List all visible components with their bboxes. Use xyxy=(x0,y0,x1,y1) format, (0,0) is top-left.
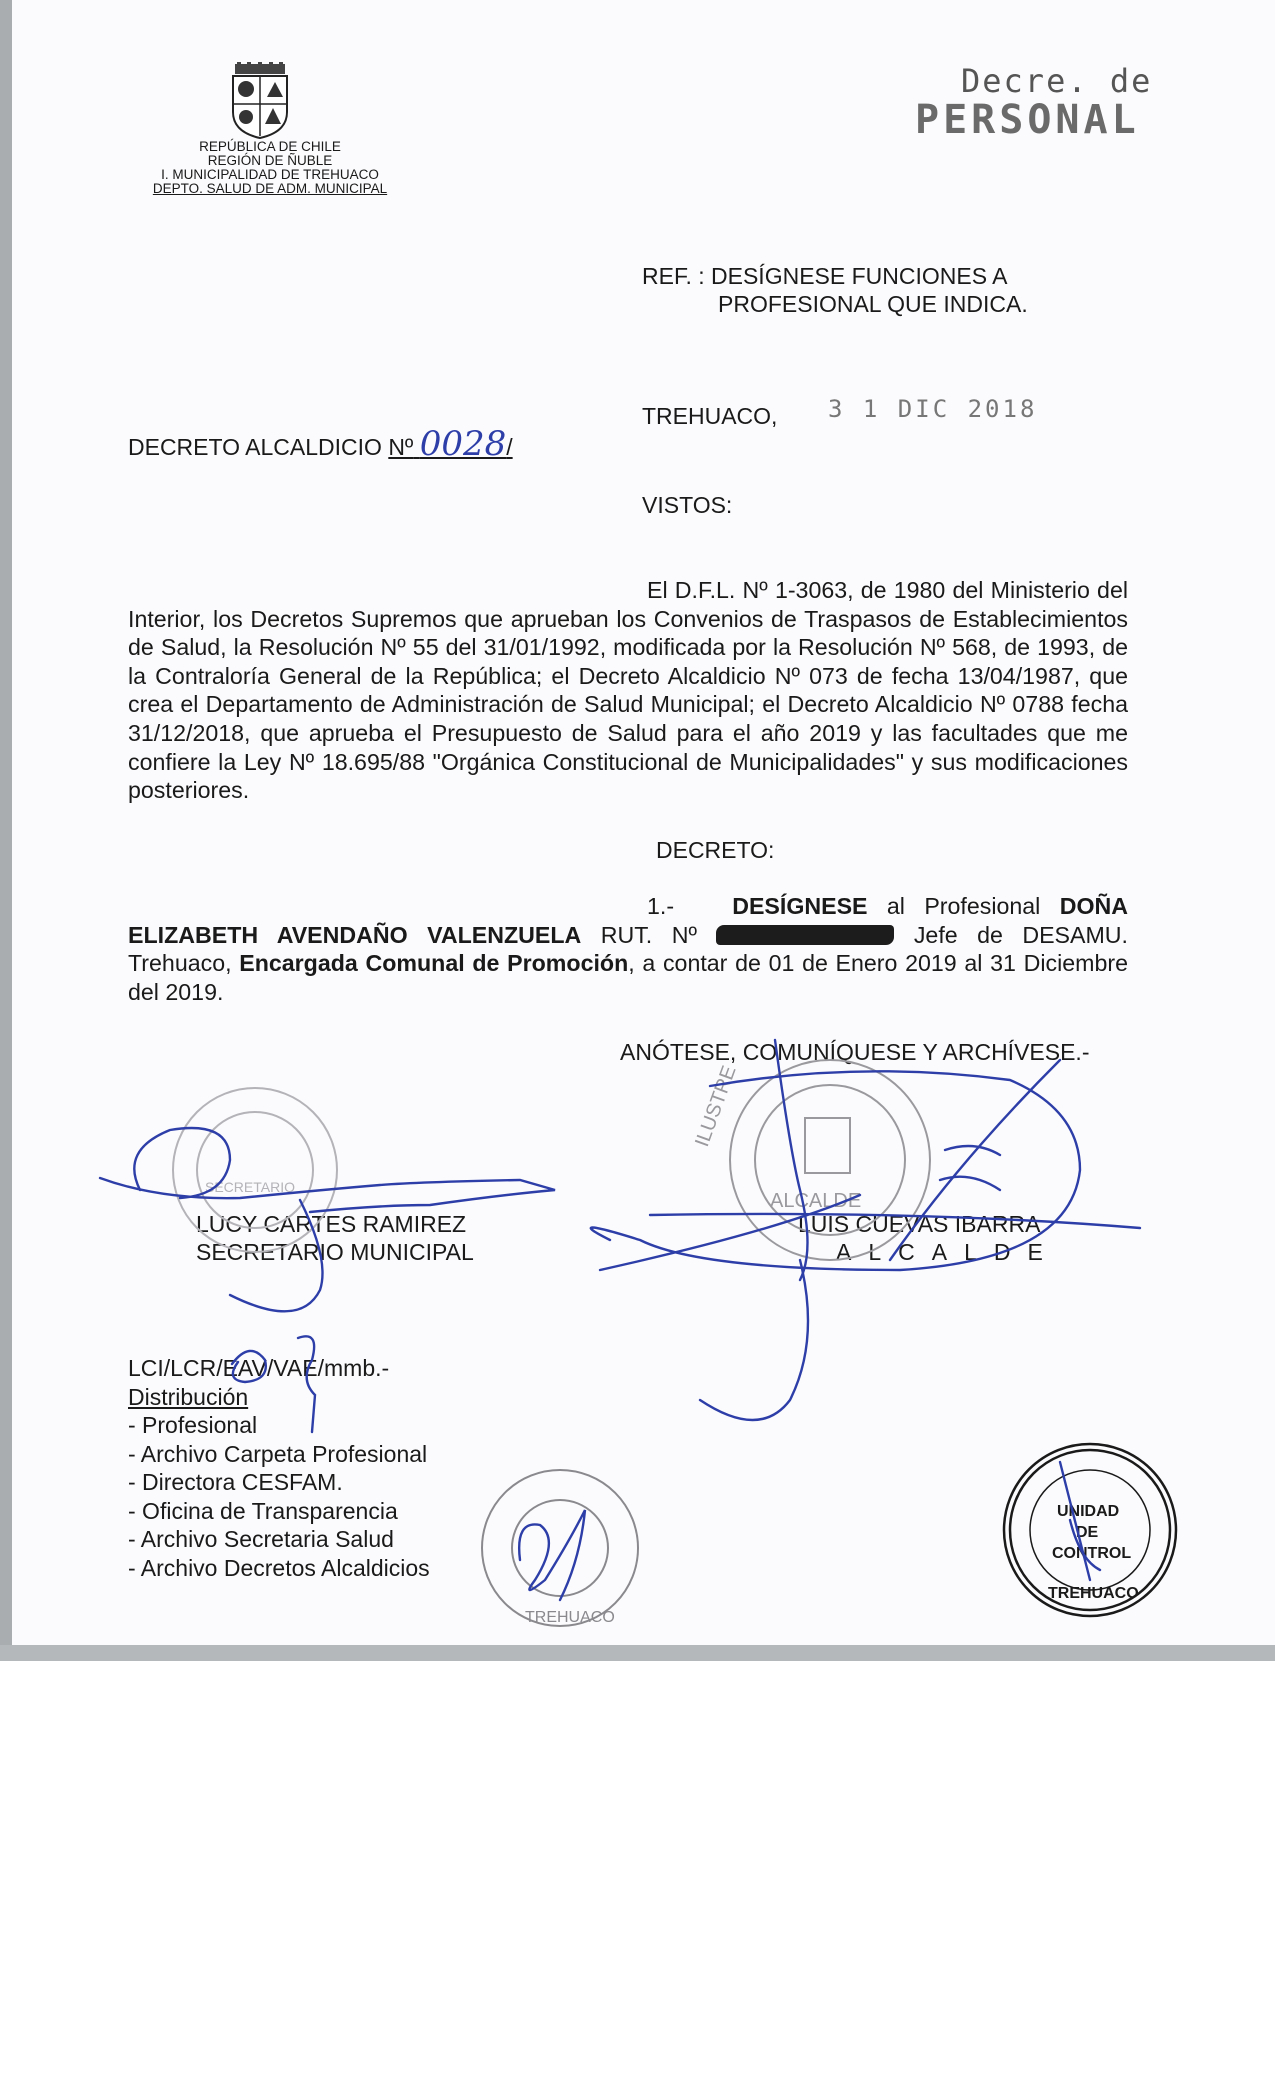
distribution-item: - Archivo Secretaria Salud xyxy=(128,1525,430,1554)
decree-label: DECRETO ALCALDICIO xyxy=(128,434,382,460)
letterhead: REPÚBLICA DE CHILE REGIÓN DE ÑUBLE I. MU… xyxy=(120,140,420,196)
handwritten-number: 0028 xyxy=(420,424,507,464)
redacted-rut xyxy=(716,925,894,945)
role-title: Encargada Comunal de Promoción xyxy=(239,950,628,976)
signatory-secretary: LUCY CARTES RAMIREZ SECRETARIO MUNICIPAL xyxy=(196,1210,474,1266)
letterhead-department: DEPTO. SALUD DE ADM. MUNICIPAL xyxy=(120,182,420,196)
distribution-heading: Distribución xyxy=(128,1383,430,1412)
signatory-mayor: LUIS CUEVAS IBARRA ALCALDE xyxy=(798,1210,1060,1266)
decreto-heading: DECRETO: xyxy=(656,836,774,864)
reference-line-1: REF. : DESÍGNESE FUNCIONES A xyxy=(642,262,1028,290)
place: TREHUACO, xyxy=(642,402,777,430)
distribution-item: - Archivo Carpeta Profesional xyxy=(128,1440,430,1469)
designation-verb: DESÍGNESE xyxy=(732,893,867,919)
mayor-name: LUIS CUEVAS IBARRA xyxy=(798,1210,1060,1238)
closing-formula: ANÓTESE, COMUNÍQUESE Y ARCHÍVESE.- xyxy=(620,1038,1089,1066)
distribution-item: - Directora CESFAM. xyxy=(128,1468,430,1497)
mayor-title: ALCALDE xyxy=(798,1238,1060,1266)
letterhead-municipality: I. MUNICIPALIDAD DE TREHUACO xyxy=(120,168,420,182)
date-stamp: 3 1 DIC 2018 xyxy=(828,395,1037,423)
distribution-block: LCI/LCR/EAV/VAE/mmb.- Distribución - Pro… xyxy=(128,1354,430,1582)
vistos-heading: VISTOS: xyxy=(642,491,732,519)
decree-number-field: Nº 0028/ xyxy=(388,434,512,460)
distribution-item: - Oficina de Transparencia xyxy=(128,1497,430,1526)
decree-number: DECRETO ALCALDICIO Nº 0028/ xyxy=(128,430,513,461)
distribution-item: - Archivo Decretos Alcaldicios xyxy=(128,1554,430,1583)
resolution-paragraph: 1.- DESÍGNESE al Profesional DOÑA ELIZAB… xyxy=(128,892,1128,1006)
secretary-title: SECRETARIO MUNICIPAL xyxy=(196,1238,474,1266)
secretary-name: LUCY CARTES RAMIREZ xyxy=(196,1210,474,1238)
municipal-crest-icon xyxy=(225,62,295,140)
scan-bottom-edge xyxy=(0,1645,1275,1661)
reference-block: REF. : DESÍGNESE FUNCIONES A PROFESIONAL… xyxy=(642,262,1028,318)
scan-edge xyxy=(0,0,12,1660)
personnel-decree-stamp: Decre. de PERSONAL xyxy=(915,62,1152,140)
letterhead-region: REGIÓN DE ÑUBLE xyxy=(120,154,420,168)
vistos-paragraph: El D.F.L. Nº 1-3063, de 1980 del Ministe… xyxy=(128,576,1128,805)
initials: LCI/LCR/EAV/VAE/mmb.- xyxy=(128,1354,430,1383)
reference-line-2: PROFESIONAL QUE INDICA. xyxy=(642,290,1028,318)
distribution-item: - Profesional xyxy=(128,1411,430,1440)
letterhead-country: REPÚBLICA DE CHILE xyxy=(120,140,420,154)
